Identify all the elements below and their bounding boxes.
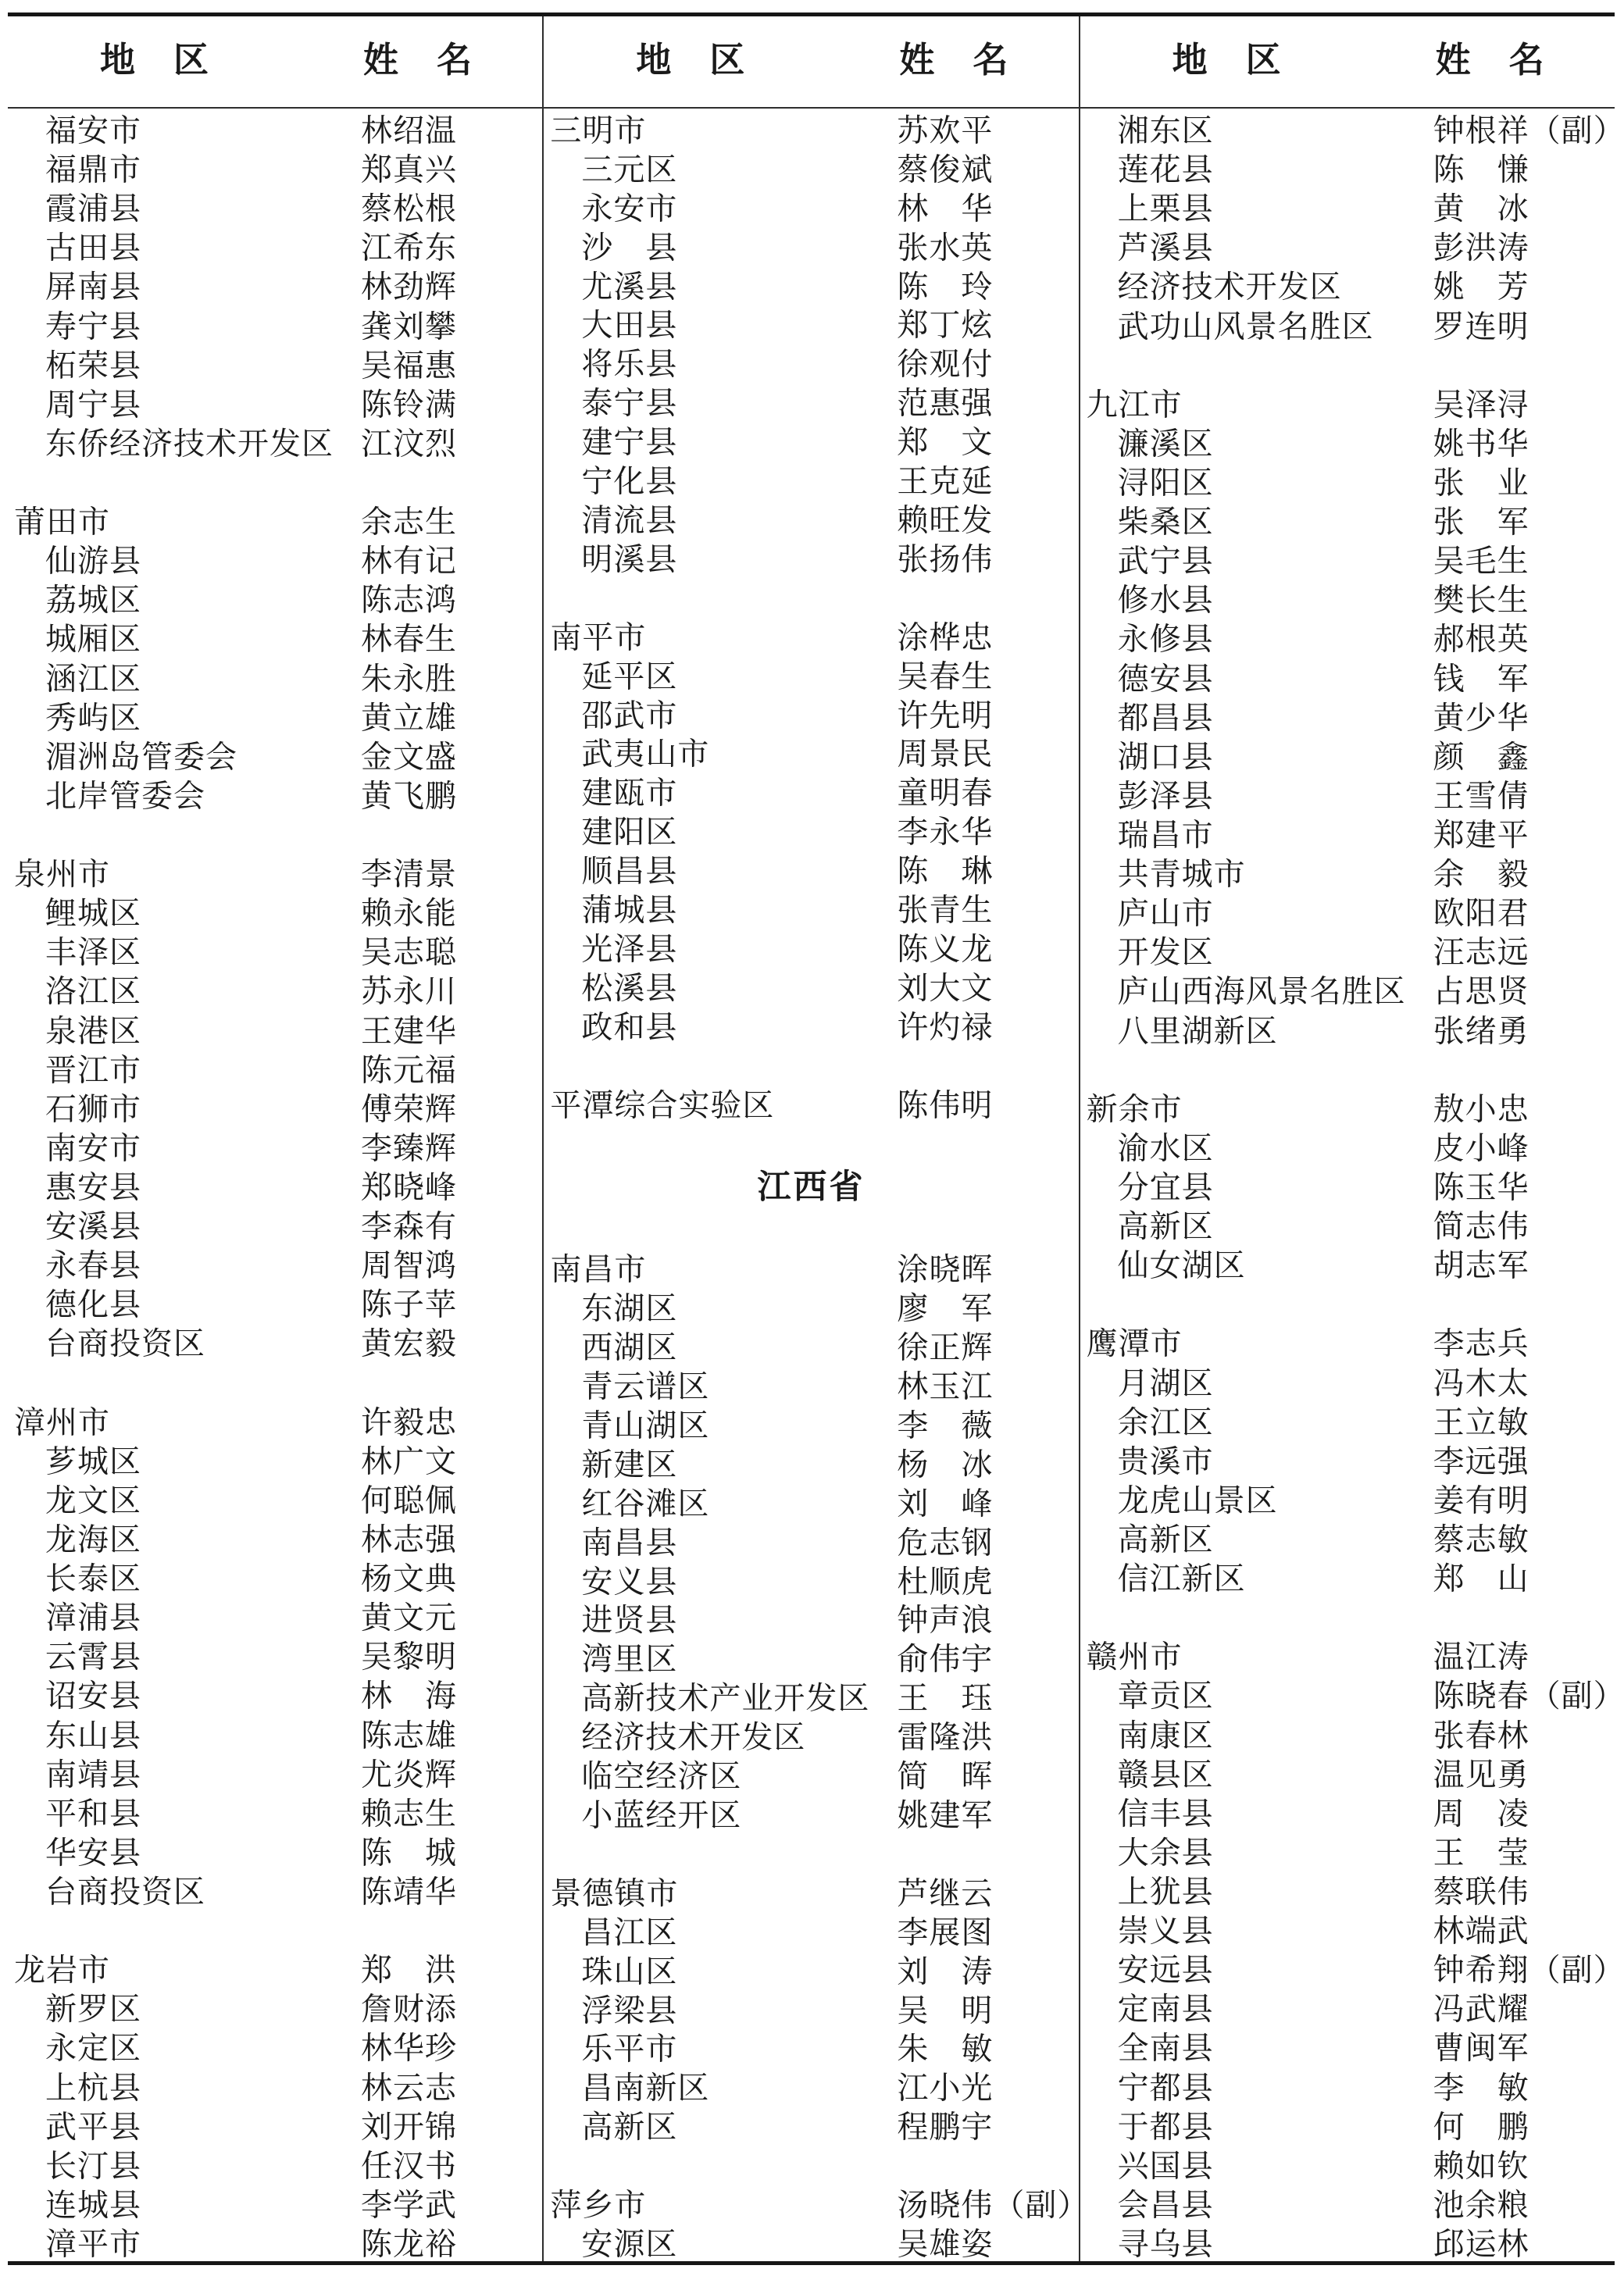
region-cell: 柘荣县: [45, 341, 141, 385]
table-row: 平和县赖志生: [8, 1792, 542, 1831]
blank-row: [8, 1361, 542, 1400]
table-row: 政和县许灼禄: [544, 1005, 1078, 1044]
name-cell: 赖如钦: [1433, 2141, 1529, 2185]
name-cell: 王 珏: [897, 1674, 993, 1718]
name-cell: 詹财添: [361, 1985, 457, 2029]
table-row: 莲花县陈 慊: [1080, 148, 1615, 187]
name-cell: 杨 冰: [897, 1440, 993, 1484]
region-cell: 临空经济区: [581, 1752, 741, 1796]
table-row: 晋江市陈元福: [8, 1048, 542, 1087]
name-cell: 樊长生: [1433, 576, 1529, 620]
region-cell: 于都县: [1118, 2102, 1214, 2146]
table-row: 红谷滩区刘 峰: [544, 1482, 1078, 1521]
table-row: 赣县区温见勇: [1080, 1753, 1615, 1792]
region-cell: 高新区: [1118, 1202, 1214, 1247]
blank-row: [544, 1044, 1078, 1083]
region-cell: 福鼎市: [45, 145, 141, 190]
name-cell: 江汶烈: [361, 419, 457, 463]
table-row: 全南县曹闽军: [1080, 2026, 1615, 2065]
region-cell: 光泽县: [581, 924, 677, 969]
region-cell: 蒲城县: [581, 886, 677, 930]
region-cell: 安溪县: [45, 1202, 141, 1247]
name-cell: 彭洪涛: [1433, 223, 1529, 268]
name-cell: 黄文元: [361, 1593, 457, 1638]
blank-row: [544, 1832, 1078, 1871]
name-cell: 张 军: [1433, 498, 1529, 542]
blank-row: [544, 2144, 1078, 2183]
table-row: 安溪县李森有: [8, 1204, 542, 1243]
table-row: 庐山市欧阳君: [1080, 891, 1615, 930]
region-cell: 仙游县: [45, 537, 141, 581]
name-cell: 陈子苹: [361, 1280, 457, 1325]
region-cell: 莲花县: [1118, 145, 1214, 190]
column-2: 地 区姓 名三明市苏欢平三元区蔡俊斌永安市林 华沙 县张水英尤溪县陈 玲大田县郑…: [542, 16, 1078, 2261]
region-cell: 泉州市: [14, 850, 110, 894]
region-cell: 尤溪县: [581, 262, 677, 306]
table-row: 青山湖区李 薇: [544, 1404, 1078, 1443]
table-row: 濂溪区姚书华: [1080, 422, 1615, 461]
table-row: 东侨经济技术开发区江汶烈: [8, 422, 542, 461]
name-cell: 敖小忠: [1433, 1084, 1529, 1129]
table-row: 上杭县林云志: [8, 2065, 542, 2104]
region-cell: 永安市: [581, 184, 677, 228]
table-row: 石狮市傅荣辉: [8, 1087, 542, 1126]
region-cell: 高新区: [1118, 1514, 1214, 1559]
column-header: 地 区姓 名: [8, 16, 542, 109]
name-cell: 胡志军: [1433, 1241, 1529, 1286]
table-row: 景德镇市芦继云: [544, 1871, 1078, 1910]
table-row: 长泰区杨文典: [8, 1557, 542, 1596]
name-cell: 陈 玲: [897, 262, 993, 306]
table-row: 沙 县张水英: [544, 226, 1078, 265]
table-row: 寻乌县邱运林: [1080, 2222, 1615, 2261]
region-cell: 建宁县: [581, 418, 677, 462]
region-cell: 芦溪县: [1118, 223, 1214, 268]
region-cell: 青山湖区: [581, 1400, 709, 1445]
region-cell: 新建区: [581, 1440, 677, 1484]
name-cell: 江小光: [897, 2064, 993, 2108]
region-cell: 龙海区: [45, 1514, 141, 1559]
blank-row: [8, 461, 542, 500]
name-cell: 林有记: [361, 537, 457, 581]
region-cell: 月湖区: [1118, 1358, 1214, 1403]
name-header-label: 姓 名: [363, 16, 473, 104]
table-row: 屏南县林劲辉: [8, 265, 542, 304]
region-cell: 延平区: [581, 651, 677, 696]
region-cell: 章贡区: [1118, 1671, 1214, 1716]
name-cell: 简志伟: [1433, 1202, 1529, 1247]
table-row: 清流县赖旺发: [544, 498, 1078, 537]
table-row: 高新区简志伟: [1080, 1204, 1615, 1243]
name-cell: 苏欢平: [897, 105, 993, 150]
region-cell: 泉港区: [45, 1006, 141, 1051]
region-header-label: 地 区: [636, 16, 746, 104]
region-cell: 明溪县: [581, 534, 677, 579]
name-cell: 蔡联伟: [1433, 1867, 1529, 1911]
table-row: 月湖区冯木太: [1080, 1361, 1615, 1400]
name-cell: 郝根英: [1433, 615, 1529, 659]
table-row: 南安市李臻辉: [8, 1126, 542, 1165]
table-row: 福安市林绍温: [8, 109, 542, 148]
name-cell: 曹闽军: [1433, 2024, 1529, 2068]
name-cell: 张 业: [1433, 458, 1529, 503]
name-cell: 黄少华: [1433, 693, 1529, 737]
blank-row: [544, 1208, 1078, 1247]
name-cell: 吴黎明: [361, 1632, 457, 1677]
blank-row: [1080, 1596, 1615, 1635]
table-row: 东山县陈志雄: [8, 1713, 542, 1752]
name-cell: 林绍温: [361, 106, 457, 151]
name-cell: 陈 慊: [1433, 145, 1529, 190]
directory-table: 地 区姓 名福安市林绍温福鼎市郑真兴霞浦县蔡松根古田县江希东屏南县林劲辉寿宁县龚…: [8, 12, 1615, 2265]
region-cell: 寻乌县: [1118, 2219, 1214, 2261]
name-cell: 刘大文: [897, 963, 993, 1008]
region-cell: 连城县: [45, 2180, 141, 2224]
name-cell: 周智鸿: [361, 1241, 457, 1286]
name-cell: 许毅忠: [361, 1397, 457, 1442]
name-cell: 李森有: [361, 1202, 457, 1247]
table-row: 崇义县林端武: [1080, 1909, 1615, 1948]
region-cell: 漳州市: [14, 1397, 110, 1442]
table-row: 余江区王立敏: [1080, 1400, 1615, 1440]
region-cell: 建阳区: [581, 808, 677, 852]
table-row: 寿宁县龚刘攀: [8, 305, 542, 344]
region-cell: 宁都县: [1118, 2063, 1214, 2107]
name-cell: 陈志雄: [361, 1711, 457, 1755]
name-cell: 涂晓晖: [897, 1245, 993, 1290]
table-row: 共青城市余 毅: [1080, 852, 1615, 891]
region-cell: 余江区: [1118, 1397, 1214, 1442]
name-cell: 傅荣辉: [361, 1084, 457, 1129]
table-row: 宁都县李 敏: [1080, 2065, 1615, 2104]
region-cell: 永春县: [45, 1241, 141, 1286]
region-cell: 三明市: [550, 105, 646, 150]
region-cell: 东湖区: [581, 1284, 677, 1329]
name-cell: 吴 明: [897, 1985, 993, 2030]
region-cell: 云霄县: [45, 1632, 141, 1677]
region-cell: 西湖区: [581, 1323, 677, 1368]
region-cell: 龙虎山景区: [1118, 1475, 1278, 1520]
table-row: 经济技术开发区雷隆洪: [544, 1715, 1078, 1754]
region-cell: 武宁县: [1118, 537, 1214, 581]
region-cell: 萍乡市: [550, 2181, 646, 2225]
table-row: 霞浦县蔡松根: [8, 187, 542, 226]
name-cell: 李臻辉: [361, 1123, 457, 1168]
name-cell: 林劲辉: [361, 262, 457, 307]
region-cell: 分宜县: [1118, 1163, 1214, 1208]
table-row: 泰宁县范惠强: [544, 381, 1078, 420]
name-cell: 吴毛生: [1433, 537, 1529, 581]
table-row: 宁化县王克延: [544, 459, 1078, 498]
name-cell: 刘 峰: [897, 1479, 993, 1523]
region-cell: 安义县: [581, 1557, 677, 1601]
name-cell: 王 莹: [1433, 1828, 1529, 1872]
table-row: 洛江区苏永川: [8, 969, 542, 1008]
region-cell: 秀屿区: [45, 693, 141, 737]
table-row: 西湖区徐正辉: [544, 1325, 1078, 1365]
table-row: 武功山风景名胜区罗连明: [1080, 305, 1615, 344]
table-row: 光泽县陈义龙: [544, 927, 1078, 966]
table-row: 龙虎山景区姜有明: [1080, 1479, 1615, 1518]
table-row: 新余市敖小忠: [1080, 1087, 1615, 1126]
region-cell: 庐山市: [1118, 889, 1214, 933]
name-cell: 陈靖华: [361, 1867, 457, 1911]
name-cell: 黄宏毅: [361, 1319, 457, 1364]
name-cell: 欧阳君: [1433, 889, 1529, 933]
name-cell: 李远强: [1433, 1436, 1529, 1481]
table-row: 建阳区李永华: [544, 810, 1078, 849]
table-row: 北岸管委会黄飞鹏: [8, 774, 542, 813]
table-row: 顺昌县陈 琳: [544, 849, 1078, 888]
table-row: 青云谱区林玉江: [544, 1365, 1078, 1404]
name-cell: 刘 涛: [897, 1946, 993, 1991]
region-cell: 赣州市: [1087, 1632, 1183, 1677]
region-cell: 湖口县: [1118, 732, 1214, 776]
region-cell: 定南县: [1118, 1985, 1214, 2029]
name-cell: 陈龙裕: [361, 2219, 457, 2261]
region-cell: 大余县: [1118, 1828, 1214, 1872]
region-cell: 南康区: [1118, 1711, 1214, 1755]
region-cell: 上栗县: [1118, 184, 1214, 229]
name-cell: 郑晓峰: [361, 1163, 457, 1208]
name-header-label: 姓 名: [1436, 16, 1546, 104]
region-cell: 沙 县: [581, 223, 677, 267]
table-row: 丰泽区吴志聪: [8, 930, 542, 969]
table-row: 开发区汪志远: [1080, 930, 1615, 969]
name-cell: 蔡松根: [361, 184, 457, 229]
region-cell: 共青城市: [1118, 850, 1246, 894]
table-row: 新罗区詹财添: [8, 1987, 542, 2026]
region-cell: 渝水区: [1118, 1123, 1214, 1168]
table-row: 渝水区皮小峰: [1080, 1126, 1615, 1165]
table-row: 建瓯市童明春: [544, 771, 1078, 810]
column-header: 地 区姓 名: [544, 16, 1078, 109]
table-row: 松溪县刘大文: [544, 966, 1078, 1005]
table-row: 芗城区林广文: [8, 1440, 542, 1479]
name-cell: 温见勇: [1433, 1750, 1529, 1794]
name-cell: 钟希翔（副）: [1433, 1946, 1615, 1990]
blank-row: [1080, 344, 1615, 383]
name-cell: 李志兵: [1433, 1319, 1529, 1364]
name-cell: 陈伟明: [897, 1080, 993, 1125]
table-row: 昌江区李展图: [544, 1910, 1078, 1950]
region-cell: 庐山西海风景名胜区: [1118, 967, 1406, 1011]
region-cell: 彭泽县: [1118, 771, 1214, 815]
name-cell: 姚书华: [1433, 419, 1529, 463]
table-row: 彭泽县王雪倩: [1080, 774, 1615, 813]
region-cell: 平和县: [45, 1789, 141, 1833]
name-cell: 陈义龙: [897, 924, 993, 969]
name-cell: 林 海: [361, 1671, 457, 1716]
table-row: 龙岩市郑 洪: [8, 1948, 542, 1987]
region-cell: 景德镇市: [550, 1868, 678, 1913]
table-row: 大余县王 莹: [1080, 1831, 1615, 1870]
name-cell: 苏永川: [361, 967, 457, 1011]
table-row: 诏安县林 海: [8, 1674, 542, 1713]
region-cell: 建瓯市: [581, 769, 677, 813]
region-cell: 龙文区: [45, 1475, 141, 1520]
blank-row: [544, 576, 1078, 615]
region-cell: 华安县: [45, 1828, 141, 1872]
table-row: 永春县周智鸿: [8, 1243, 542, 1283]
region-cell: 湘东区: [1118, 106, 1214, 151]
name-cell: 吴志聪: [361, 928, 457, 972]
name-cell: 郑真兴: [361, 145, 457, 190]
name-cell: 郑 洪: [361, 1946, 457, 1990]
table-row: 武夷山市周景民: [544, 733, 1078, 772]
table-row: 蒲城县张青生: [544, 888, 1078, 927]
table-row: 高新技术产业开发区王 珏: [544, 1676, 1078, 1715]
table-row: 于都县何 鹏: [1080, 2105, 1615, 2144]
region-cell: 红谷滩区: [581, 1479, 709, 1523]
table-row: 分宜县陈玉华: [1080, 1165, 1615, 1204]
region-cell: 南昌市: [550, 1245, 646, 1290]
region-cell: 松溪县: [581, 963, 677, 1008]
name-cell: 皮小峰: [1433, 1123, 1529, 1168]
table-row: 新建区杨 冰: [544, 1443, 1078, 1482]
name-cell: 林 华: [897, 184, 993, 228]
blank-row: [8, 1909, 542, 1948]
table-row: 南昌市涂晓晖: [544, 1247, 1078, 1286]
table-row: 周宁县陈铃满: [8, 383, 542, 422]
name-cell: 林端武: [1433, 1907, 1529, 1951]
name-cell: 钱 军: [1433, 654, 1529, 698]
table-row: 将乐县徐观付: [544, 342, 1078, 381]
name-cell: 郑 山: [1433, 1554, 1529, 1599]
table-row: 武平县刘开锦: [8, 2105, 542, 2144]
name-cell: 李永华: [897, 808, 993, 852]
region-cell: 武平县: [45, 2102, 141, 2146]
name-cell: 张春林: [1433, 1711, 1529, 1755]
region-cell: 上犹县: [1118, 1867, 1214, 1911]
region-cell: 台商投资区: [45, 1867, 205, 1911]
table-row: 三明市苏欢平: [544, 109, 1078, 148]
region-cell: 信江新区: [1118, 1554, 1246, 1599]
region-cell: 经济技术开发区: [1118, 262, 1342, 307]
name-cell: 王建华: [361, 1006, 457, 1051]
table-row: 邵武市许先明: [544, 694, 1078, 733]
region-cell: 三元区: [581, 144, 677, 189]
region-cell: 南平市: [550, 612, 646, 657]
name-cell: 陈 城: [361, 1828, 457, 1872]
region-cell: 青云谱区: [581, 1362, 709, 1407]
name-cell: 钟根祥（副）: [1433, 106, 1615, 151]
region-cell: 贵溪市: [1118, 1436, 1214, 1481]
table-row: 涵江区朱永胜: [8, 657, 542, 696]
name-cell: 童明春: [897, 769, 993, 813]
name-cell: 李 薇: [897, 1400, 993, 1445]
name-cell: 朱永胜: [361, 654, 457, 698]
table-row: 浮梁县吴 明: [544, 1989, 1078, 2028]
region-cell: 昌江区: [581, 1907, 677, 1952]
table-row: 经济技术开发区姚 芳: [1080, 265, 1615, 304]
name-cell: 冯木太: [1433, 1358, 1529, 1403]
name-cell: 汤晓伟（副）: [897, 2181, 1078, 2225]
region-cell: 进贤县: [581, 1596, 677, 1640]
table-row: 湾里区俞伟宇: [544, 1637, 1078, 1676]
table-row: 永安市林 华: [544, 187, 1078, 226]
region-cell: 漳浦县: [45, 1593, 141, 1638]
region-cell: 鹰潭市: [1087, 1319, 1183, 1364]
province-section-header: 江西省: [544, 1161, 1078, 1208]
table-row: 萍乡市汤晓伟（副）: [544, 2183, 1078, 2222]
region-cell: 长汀县: [45, 2141, 141, 2185]
region-cell: 平潭综合实验区: [550, 1080, 774, 1125]
region-cell: 周宁县: [45, 380, 141, 424]
name-cell: 池余粮: [1433, 2180, 1529, 2224]
table-row: 湘东区钟根祥（副）: [1080, 109, 1615, 148]
region-cell: 洛江区: [45, 967, 141, 1011]
table-row: 九江市吴泽浔: [1080, 383, 1615, 422]
region-cell: 高新技术产业开发区: [581, 1674, 869, 1718]
region-cell: 修水县: [1118, 576, 1214, 620]
region-cell: 清流县: [581, 496, 677, 540]
table-row: 云霄县吴黎明: [8, 1635, 542, 1674]
region-cell: 昌南新区: [581, 2064, 709, 2108]
name-cell: 姚建军: [897, 1791, 993, 1836]
region-cell: 涵江区: [45, 654, 141, 698]
name-cell: 吴泽浔: [1433, 380, 1529, 424]
region-cell: 芗城区: [45, 1436, 141, 1481]
column-header: 地 区姓 名: [1080, 16, 1615, 109]
table-row: 华安县陈 城: [8, 1831, 542, 1870]
table-row: 都昌县黄少华: [1080, 696, 1615, 735]
region-cell: 高新区: [581, 2103, 677, 2147]
table-row: 永修县郝根英: [1080, 617, 1615, 656]
region-cell: 九江市: [1087, 380, 1183, 424]
region-cell: 东侨经济技术开发区: [45, 419, 334, 463]
table-row: 仙游县林有记: [8, 539, 542, 578]
table-row: 大田县郑丁炫: [544, 304, 1078, 343]
name-cell: 王克延: [897, 457, 993, 501]
name-cell: 余 毅: [1433, 850, 1529, 894]
region-cell: 长泰区: [45, 1554, 141, 1599]
region-cell: 霞浦县: [45, 184, 141, 229]
table-row: 安义县杜顺虎: [544, 1560, 1078, 1599]
name-cell: 姜有明: [1433, 1475, 1529, 1520]
region-cell: 全南县: [1118, 2024, 1214, 2068]
name-cell: 蔡俊斌: [897, 144, 993, 189]
region-cell: 惠安县: [45, 1163, 141, 1208]
name-cell: 汪志远: [1433, 928, 1529, 972]
region-cell: 信丰县: [1118, 1789, 1214, 1833]
table-row: 荔城区陈志鸿: [8, 578, 542, 617]
column-1: 地 区姓 名福安市林绍温福鼎市郑真兴霞浦县蔡松根古田县江希东屏南县林劲辉寿宁县龚…: [8, 16, 542, 2261]
table-row: 德化县陈子苹: [8, 1283, 542, 1322]
name-cell: 陈元福: [361, 1045, 457, 1090]
column-3: 地 区姓 名湘东区钟根祥（副）莲花县陈 慊上栗县黄 冰芦溪县彭洪涛经济技术开发区…: [1079, 16, 1615, 2261]
table-row: 龙海区林志强: [8, 1518, 542, 1557]
name-cell: 蔡志敏: [1433, 1514, 1529, 1559]
name-cell: 简 晖: [897, 1752, 993, 1796]
table-row: 仙女湖区胡志军: [1080, 1243, 1615, 1283]
table-row: 平潭综合实验区陈伟明: [544, 1083, 1078, 1122]
name-cell: 陈晓春（副）: [1433, 1671, 1615, 1716]
table-row: 南靖县尤炎辉: [8, 1753, 542, 1792]
name-cell: 王立敏: [1433, 1397, 1529, 1442]
table-row: 台商投资区黄宏毅: [8, 1322, 542, 1361]
table-row: 德安县钱 军: [1080, 657, 1615, 696]
region-cell: 南靖县: [45, 1750, 141, 1794]
table-row: 城厢区林春生: [8, 617, 542, 656]
region-cell: 湄洲岛管委会: [45, 732, 237, 776]
table-row: 武宁县吴毛生: [1080, 539, 1615, 578]
table-row: 湄洲岛管委会金文盛: [8, 735, 542, 774]
name-cell: 赖志生: [361, 1789, 457, 1833]
table-row: 尤溪县陈 玲: [544, 265, 1078, 304]
name-cell: 杨文典: [361, 1554, 457, 1599]
table-row: 浔阳区张 业: [1080, 461, 1615, 500]
